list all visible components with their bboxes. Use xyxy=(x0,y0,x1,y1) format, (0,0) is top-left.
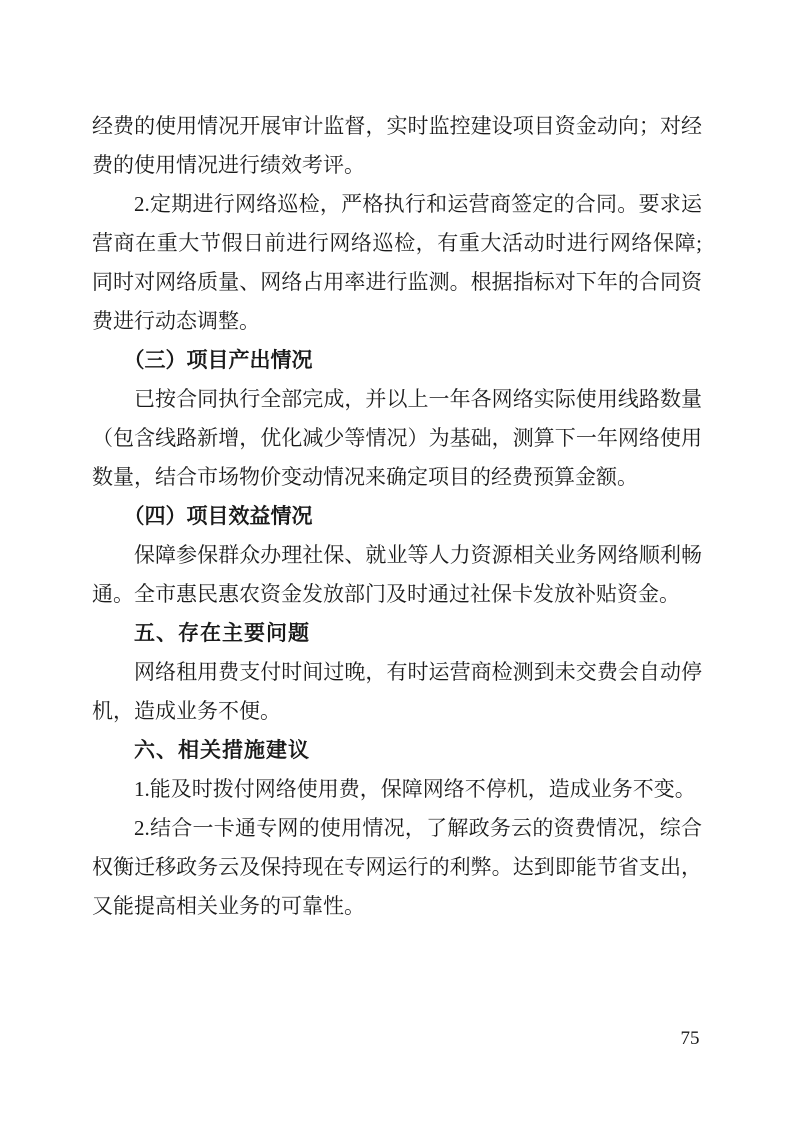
document-body: 经费的使用情况开展审计监督，实时监控建设项目资金动向；对经费的使用情况进行绩效考… xyxy=(92,107,702,926)
paragraph-main-problems: 网络租用费支付时间过晚，有时运营商检测到未交费会自动停机，造成业务不便。 xyxy=(92,653,702,731)
heading-main-problems: 五、存在主要问题 xyxy=(92,614,702,653)
paragraph-audit-supervision: 经费的使用情况开展审计监督，实时监控建设项目资金动向；对经费的使用情况进行绩效考… xyxy=(92,107,702,185)
paragraph-project-output: 已按合同执行全部完成，并以上一年各网络实际使用线路数量（包含线路新增，优化减少等… xyxy=(92,380,702,497)
paragraph-project-benefit: 保障参保群众办理社保、就业等人力资源相关业务网络顺利畅通。全市惠民惠农资金发放部… xyxy=(92,536,702,614)
paragraph-suggestion-2: 2.结合一卡通专网的使用情况，了解政务云的资费情况，综合权衡迁移政务云及保持现在… xyxy=(92,809,702,926)
heading-project-output: （三）项目产出情况 xyxy=(92,341,702,380)
paragraph-suggestion-1: 1.能及时拨付网络使用费，保障网络不停机，造成业务不变。 xyxy=(92,770,702,809)
paragraph-network-inspection: 2.定期进行网络巡检，严格执行和运营商签定的合同。要求运营商在重大节假日前进行网… xyxy=(92,185,702,341)
heading-project-benefit: （四）项目效益情况 xyxy=(92,497,702,536)
heading-suggestions: 六、相关措施建议 xyxy=(92,731,702,770)
page-number: 75 xyxy=(670,1028,710,1050)
document-page: 经费的使用情况开展审计监督，实时监控建设项目资金动向；对经费的使用情况进行绩效考… xyxy=(0,0,793,1122)
